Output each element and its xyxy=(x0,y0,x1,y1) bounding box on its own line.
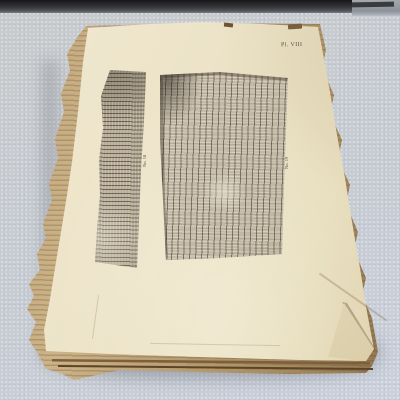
table-edge-strip xyxy=(0,0,400,13)
plate-caption-left: No. 18 xyxy=(143,147,153,167)
plate-caption-right: No. 19 xyxy=(285,149,295,169)
torn-chip-top-edge xyxy=(224,23,233,28)
torn-chip-top-edge xyxy=(288,24,302,30)
photo-of-papyrus-plate-book: Pl. VIII No. 18 No. 19 xyxy=(0,0,400,400)
table-edge-right-shadow-line xyxy=(352,2,394,8)
plate-number-label: Pl. VIII xyxy=(281,42,315,53)
